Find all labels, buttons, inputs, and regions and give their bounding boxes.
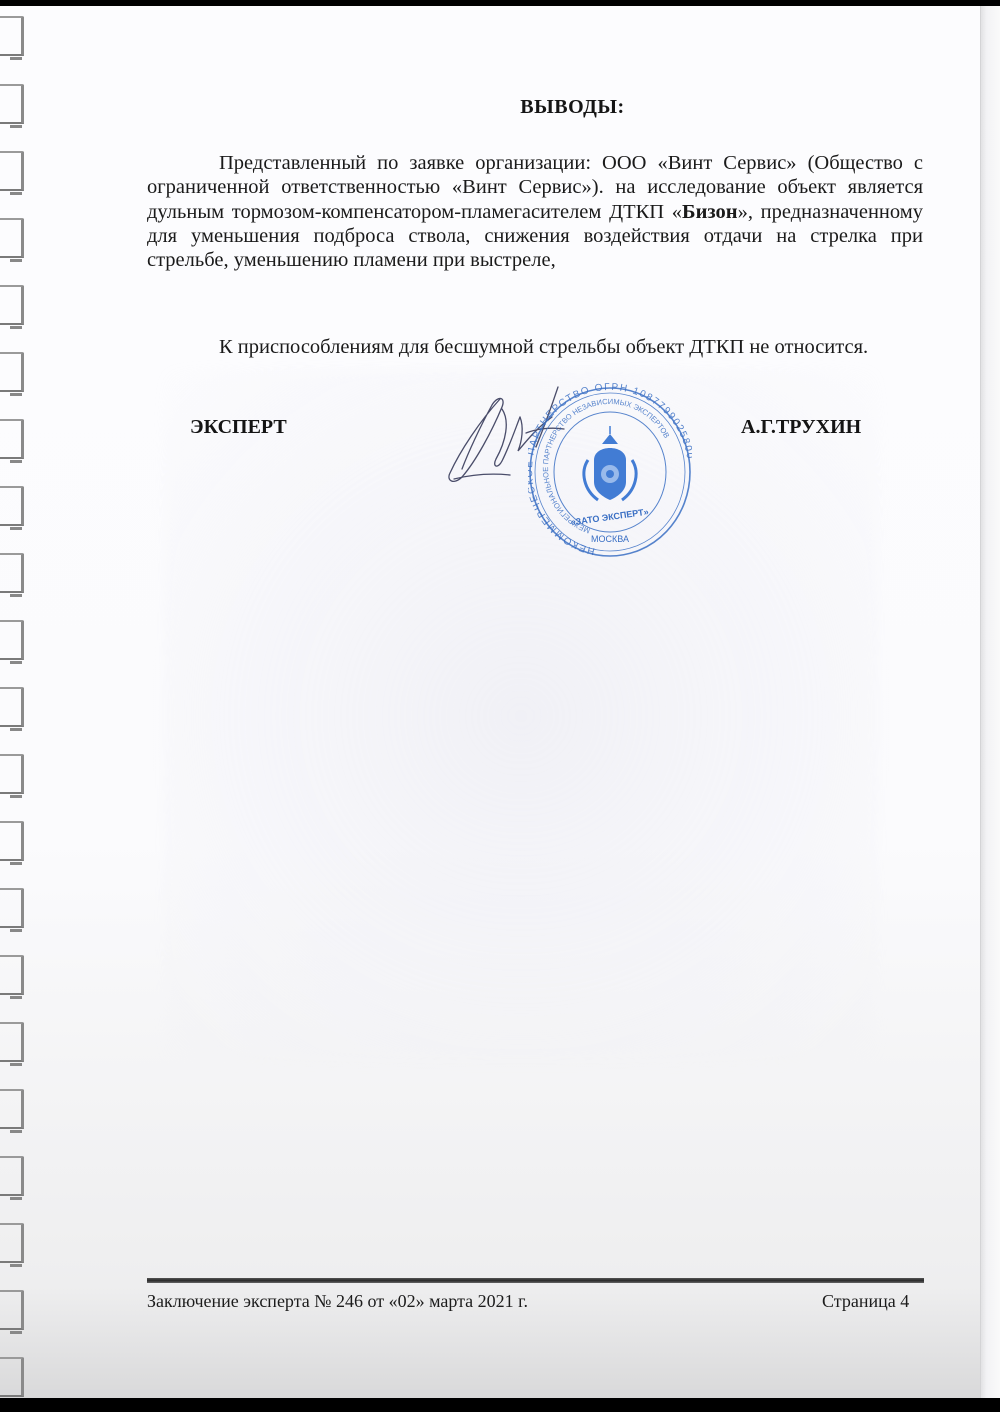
binder-hole xyxy=(0,352,24,392)
binder-hole xyxy=(0,1089,24,1129)
footer-divider xyxy=(147,1278,924,1283)
footer-page-number: Страница 4 xyxy=(822,1291,909,1312)
binder-hole xyxy=(0,1290,24,1330)
footer-document-reference: Заключение эксперта № 246 от «02» марта … xyxy=(147,1291,528,1312)
binder-hole xyxy=(0,1022,24,1062)
binder-holes xyxy=(0,6,30,1398)
binder-hole xyxy=(0,888,24,928)
binder-hole xyxy=(0,620,24,660)
page-right-edge xyxy=(980,6,1000,1398)
binder-hole xyxy=(0,419,24,459)
product-name: Бизон xyxy=(682,201,738,223)
binder-hole xyxy=(0,1156,24,1196)
binder-hole xyxy=(0,486,24,526)
binder-hole xyxy=(0,553,24,593)
signatory-name: А.Г.ТРУХИН xyxy=(741,416,861,439)
binder-hole xyxy=(0,821,24,861)
signatory-role: ЭКСПЕРТ xyxy=(190,416,287,439)
binder-hole xyxy=(0,687,24,727)
binder-hole xyxy=(0,218,24,258)
bottom-black-border xyxy=(0,1398,1000,1412)
conclusion-paragraph-1: Представленный по заявке организации: ОО… xyxy=(147,151,923,272)
section-title: ВЫВОДЫ: xyxy=(140,96,925,119)
binder-hole xyxy=(0,1357,24,1397)
binder-hole xyxy=(0,1223,24,1263)
binder-hole xyxy=(0,285,24,325)
conclusion-paragraph-2: К приспособлениям для бесшумной стрельбы… xyxy=(147,335,923,359)
binder-hole xyxy=(0,84,24,124)
binder-hole xyxy=(0,151,24,191)
organization-stamp-icon: НЕКОММЕРЧЕСКОЕ ПАРТНЕРСТВО ОГРН 10877990… xyxy=(528,382,692,562)
binder-hole xyxy=(0,955,24,995)
binder-hole xyxy=(0,16,24,56)
document-page: ВЫВОДЫ: Представленный по заявке организ… xyxy=(0,6,1000,1398)
binder-hole xyxy=(0,754,24,794)
svg-text:МОСКВА: МОСКВА xyxy=(591,534,629,544)
